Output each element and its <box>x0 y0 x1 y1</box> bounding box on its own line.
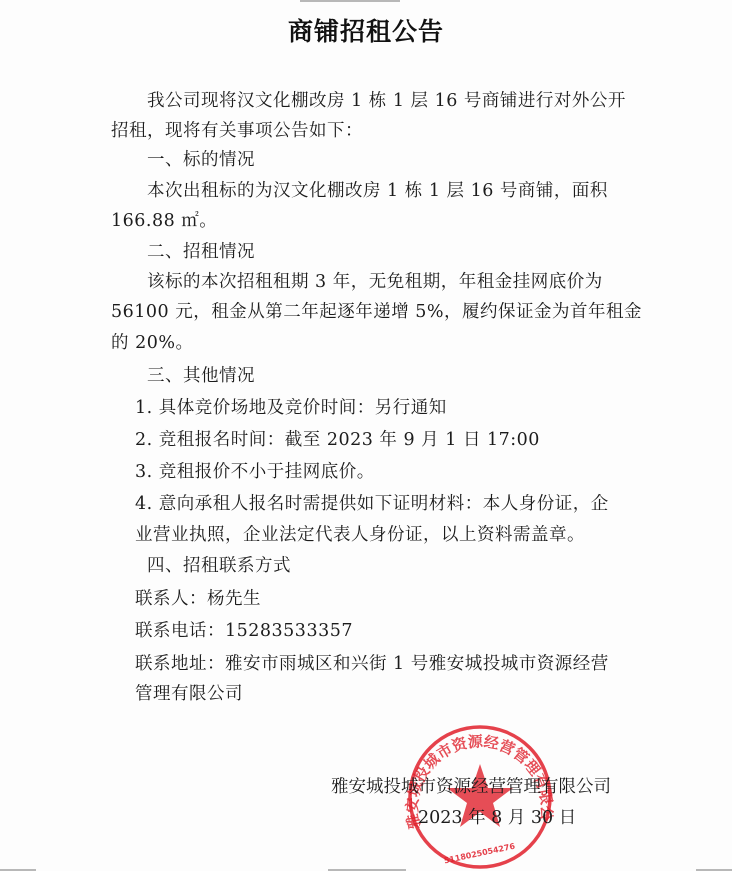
section-text: 166.88 ㎡。 <box>111 207 217 232</box>
list-item: 3. 竞租报价不小于挂网底价。 <box>135 458 375 483</box>
list-item: 4. 意向承租人报名时需提供如下证明材料：本人身份证，企 <box>135 490 609 515</box>
intro-line: 招租，现将有关事项公告如下： <box>111 117 363 142</box>
section-text: 的 20%。 <box>111 329 193 354</box>
section-heading: 二、招租情况 <box>147 238 255 263</box>
document-title: 商铺招租公告 <box>0 12 732 48</box>
contact-phone: 联系电话：15283533357 <box>135 617 353 642</box>
list-item: 业营业执照，企业法定代表人身份证，以上资料需盖章。 <box>135 521 585 546</box>
signature-date: 2023 年 8 月 30 日 <box>418 804 576 829</box>
section-heading: 一、标的情况 <box>147 146 255 171</box>
signature-company: 雅安城投城市资源经营管理有限公司 <box>331 773 611 798</box>
section-text: 本次出租标的为汉文化棚改房 1 栋 1 层 16 号商铺，面积 <box>147 177 608 202</box>
contact-address: 联系地址：雅安市雨城区和兴街 1 号雅安城投城市资源经营 <box>135 650 609 675</box>
scan-edge-mark <box>300 0 400 2</box>
document-page: 商铺招租公告 我公司现将汉文化棚改房 1 栋 1 层 16 号商铺进行对外公开 … <box>0 0 732 871</box>
section-text: 56100 元，租金从第二年起逐年递增 5%，履约保证金为首年租金 <box>111 298 642 323</box>
contact-person: 联系人：杨先生 <box>135 585 261 610</box>
section-heading: 三、其他情况 <box>147 362 255 387</box>
contact-address: 管理有限公司 <box>135 680 243 705</box>
list-item: 2. 竞租报名时间：截至 2023 年 9 月 1 日 17:00 <box>135 426 540 451</box>
section-text: 该标的本次招租租期 3 年，无免租期，年租金挂网底价为 <box>147 268 603 293</box>
intro-line: 我公司现将汉文化棚改房 1 栋 1 层 16 号商铺进行对外公开 <box>147 87 626 112</box>
section-heading: 四、招租联系方式 <box>147 552 291 577</box>
list-item: 1. 具体竞价场地及竞价时间：另行通知 <box>135 394 447 419</box>
